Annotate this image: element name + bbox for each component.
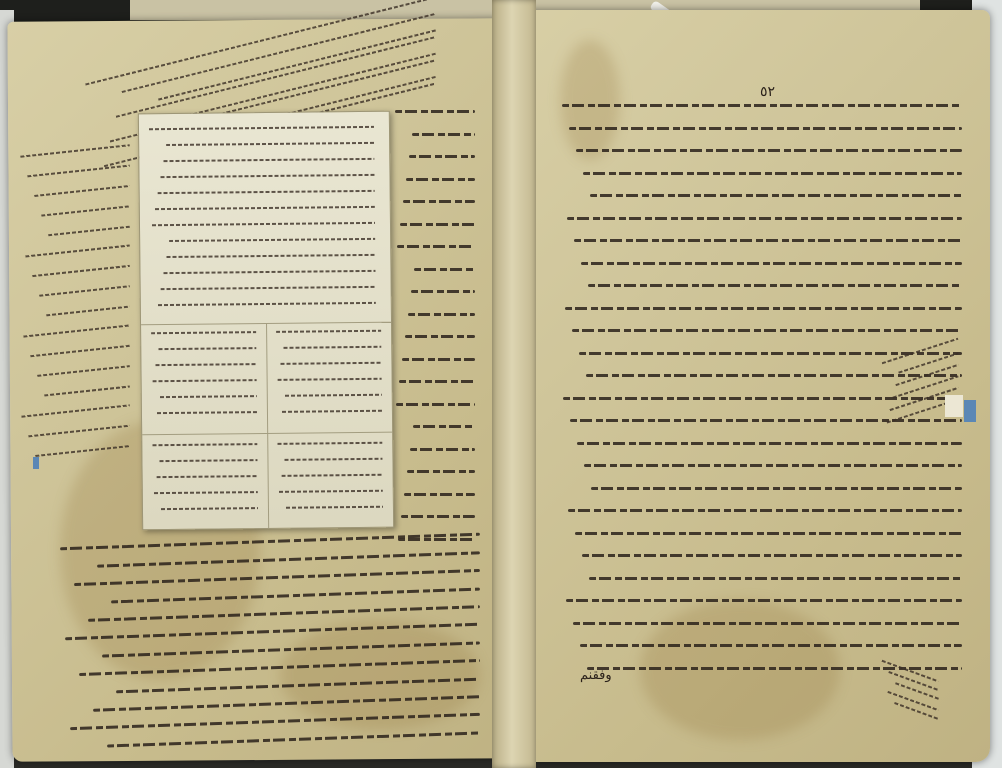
text-line	[574, 239, 962, 242]
text-line	[413, 425, 475, 428]
text-line	[282, 474, 383, 477]
text-line	[402, 358, 475, 361]
text-line	[410, 448, 475, 451]
text-line	[566, 599, 962, 602]
text-line	[411, 290, 475, 293]
text-line	[285, 394, 382, 397]
pasted-insert	[138, 111, 394, 531]
text-line	[573, 622, 962, 625]
text-line	[282, 410, 382, 413]
text-line	[569, 127, 962, 130]
text-line	[581, 262, 962, 265]
text-line	[403, 200, 475, 203]
text-line	[277, 442, 382, 445]
text-line	[157, 475, 258, 478]
text-line	[163, 270, 375, 274]
page-number: ٥٢	[760, 84, 775, 100]
text-line	[568, 509, 962, 512]
text-line	[408, 313, 475, 316]
text-line	[397, 245, 475, 248]
text-line	[151, 331, 256, 334]
text-line	[157, 411, 257, 414]
text-line	[409, 155, 475, 158]
text-line	[591, 487, 962, 490]
text-line	[155, 206, 375, 210]
text-line	[589, 577, 962, 580]
text-line	[280, 362, 381, 365]
text-line	[584, 464, 962, 467]
water-stain	[560, 40, 620, 160]
text-line	[583, 172, 962, 175]
text-line	[286, 506, 383, 509]
insert-fold	[266, 323, 269, 528]
text-line	[406, 178, 475, 181]
text-line	[562, 104, 962, 107]
text-line	[159, 459, 257, 462]
text-line	[576, 149, 962, 152]
text-line	[407, 470, 475, 473]
text-line	[153, 379, 257, 382]
text-line	[283, 346, 381, 349]
text-line	[401, 515, 475, 518]
text-line	[163, 158, 374, 162]
text-line	[567, 217, 962, 220]
text-line	[158, 302, 376, 306]
text-line	[580, 644, 962, 647]
text-line	[412, 133, 475, 136]
text-line	[166, 254, 375, 258]
insert-text	[139, 112, 389, 115]
text-line	[414, 268, 475, 271]
text-line	[155, 363, 256, 366]
text-line	[284, 458, 382, 461]
text-line	[586, 374, 962, 377]
text-line	[590, 194, 962, 197]
text-line	[399, 380, 475, 383]
text-line	[276, 330, 381, 333]
text-line	[588, 284, 962, 287]
text-line	[577, 442, 962, 445]
text-line	[395, 110, 475, 113]
text-line	[152, 222, 375, 226]
text-line	[149, 126, 374, 130]
book-spine	[492, 0, 536, 768]
text-line	[572, 329, 962, 332]
text-line	[575, 532, 962, 535]
text-line	[279, 490, 383, 493]
blue-tab	[33, 457, 39, 469]
text-line	[405, 335, 475, 338]
text-line	[565, 307, 962, 310]
text-line	[278, 378, 382, 381]
blue-tab	[964, 400, 976, 422]
text-line	[570, 419, 962, 422]
text-line	[161, 507, 258, 510]
text-line	[404, 493, 475, 496]
text-line	[160, 395, 257, 398]
text-line	[400, 223, 475, 226]
text-line	[158, 190, 375, 194]
closing-word: وفقنم	[580, 668, 612, 683]
text-line	[169, 238, 375, 242]
paper-tag	[945, 395, 963, 417]
text-line	[166, 142, 374, 146]
text-line	[161, 286, 376, 290]
text-line	[160, 174, 374, 178]
text-line	[152, 443, 257, 446]
text-line	[563, 397, 962, 400]
text-line	[582, 554, 962, 557]
text-line	[396, 403, 475, 406]
text-line	[158, 347, 256, 350]
text-line	[154, 491, 258, 494]
